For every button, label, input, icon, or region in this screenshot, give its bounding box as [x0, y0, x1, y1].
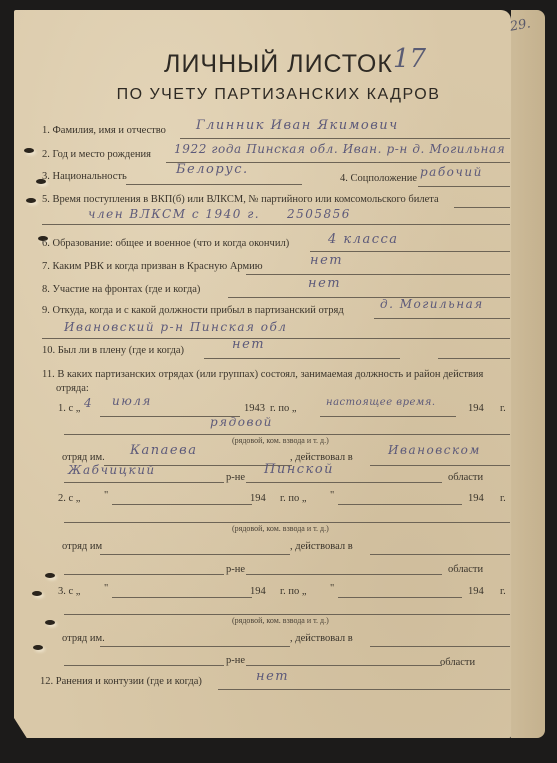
unit-2-position-line: [64, 522, 510, 523]
unit-3-region-line: [246, 665, 442, 666]
field-5-label: 5. Время поступления в ВКП(б) или ВЛКСМ,…: [42, 194, 439, 205]
unit-3-otryad-label: отряд им.: [62, 633, 105, 644]
field-10-label: 10. Был ли в плену (где и когда): [42, 345, 184, 356]
field-2-label: 2. Год и место рождения: [42, 149, 151, 160]
field-11-label: 11. В каких партизанских отрядах (или гр…: [42, 369, 483, 380]
binding-hole-icon: [45, 573, 55, 578]
unit-2-to-year: 194: [468, 493, 484, 504]
unit-1-num: 1. с „: [58, 403, 80, 414]
unit-2-district-line: [64, 574, 224, 575]
field-9-line-b: [42, 338, 510, 339]
unit-1-from-month: июля: [112, 394, 152, 408]
field-3-label: 3. Национальность: [42, 171, 127, 182]
unit-2-num: 2. с „: [58, 493, 80, 504]
unit-2-from-line: [112, 504, 252, 505]
unit-1-acted-value: Ивановском: [388, 443, 481, 457]
unit-1-oblast-label: области: [448, 472, 483, 483]
unit-1-district-value: Жабчицкий: [68, 463, 156, 477]
field-10-line-a: [204, 358, 400, 359]
unit-3-year-suffix: г. по „: [280, 586, 307, 597]
unit-3-acted-line: [370, 646, 510, 647]
binding-hole-icon: [45, 620, 55, 625]
field-12-label: 12. Ранения и контузии (где и когда): [40, 676, 202, 687]
unit-3-otryad-line: [100, 646, 290, 647]
field-3-line: [126, 184, 302, 185]
field-12-value: нет: [256, 669, 289, 684]
field-7-label: 7. Каким РВК и когда призван в Красную А…: [42, 261, 263, 272]
unit-1-acted-line: [370, 465, 510, 466]
field-9-district: Ивановский р-н Пинская обл: [64, 320, 287, 334]
binding-hole-icon: [26, 198, 36, 203]
unit-3-acted-label: , действовал в: [290, 633, 353, 644]
field-3-value: Белорус.: [176, 162, 249, 177]
unit-2-oblast-label: области: [448, 564, 483, 575]
unit-2-g: г.: [500, 493, 506, 504]
unit-2-acted-line: [370, 554, 510, 555]
unit-2-quote: ": [104, 490, 108, 501]
field-1-value: Глинник Иван Якимович: [196, 118, 399, 133]
unit-2-acted-label: , действовал в: [290, 541, 353, 552]
field-5-line-a: [454, 207, 510, 208]
unit-1-from-year: 1943: [244, 403, 265, 414]
unit-1-g: г.: [500, 403, 506, 414]
unit-2-region-line: [246, 574, 442, 575]
unit-1-position: рядовой: [210, 415, 273, 429]
unit-3-position-hint: (рядовой, ком. взвода и т. д.): [232, 616, 329, 625]
binding-hole-icon: [32, 591, 42, 596]
field-4-value: рабочий: [420, 165, 483, 179]
unit-3-from-line: [112, 597, 252, 598]
unit-3-rne-label: р-не: [226, 655, 245, 666]
unit-2-rne-label: р-не: [226, 564, 245, 575]
unit-1-region-value: Пинской: [264, 462, 334, 477]
field-9-village: д. Могильная: [380, 297, 484, 311]
unit-3-position-line: [64, 614, 510, 615]
unit-1-rne-label: р-не: [226, 472, 245, 483]
unit-3-to-line: [338, 597, 462, 598]
unit-3-num: 3. с „: [58, 586, 80, 597]
unit-1-position-hint: (рядовой, ком. взвода и т. д.): [232, 436, 329, 445]
unit-1-to-year: 194: [468, 403, 484, 414]
unit-2-position-hint: (рядовой, ком. взвода и т. д.): [232, 524, 329, 533]
unit-3-oblast-label: области: [440, 657, 475, 668]
field-5-card-number: 2505856: [287, 207, 351, 221]
unit-1-otryad-value: Капаева: [130, 443, 197, 458]
unit-1-region-line: [246, 482, 442, 483]
unit-1-district-line: [64, 482, 224, 483]
field-8-label: 8. Участие на фронтах (где и когда): [42, 284, 200, 295]
field-9-label: 9. Откуда, когда и с какой должности при…: [42, 305, 344, 316]
field-12-line: [218, 689, 510, 690]
document-title: ЛИЧНЫЙ ЛИСТОК: [0, 50, 557, 79]
field-8-value: нет: [308, 276, 341, 291]
field-2-value: 1922 года Пинская обл. Иван. р-н д. Моги…: [174, 142, 505, 156]
field-7-value: нет: [310, 253, 343, 268]
unit-3-from-year: 194: [250, 586, 266, 597]
unit-2-quote-2: ": [330, 490, 334, 501]
unit-2-year-suffix: г. по „: [280, 493, 307, 504]
unit-1-year-suffix: г. по „: [270, 403, 297, 414]
binding-hole-icon: [24, 148, 34, 153]
unit-3-g: г.: [500, 586, 506, 597]
field-4-label: 4. Соцположение: [340, 173, 417, 184]
field-11-label-cont: отряда:: [56, 383, 89, 394]
unit-2-otryad-label: отряд им: [62, 541, 102, 552]
unit-3-quote-2: ": [330, 583, 334, 594]
unit-3-to-year: 194: [468, 586, 484, 597]
handwritten-sheet-number: 17: [393, 44, 426, 74]
field-1-label: 1. Фамилия, имя и отчество: [42, 125, 166, 136]
unit-2-otryad-line: [100, 554, 290, 555]
unit-1-to-value: настоящее время.: [326, 397, 436, 408]
document-subtitle: ПО УЧЕТУ ПАРТИЗАНСКИХ КАДРОВ: [0, 86, 557, 104]
field-6-line: [310, 251, 510, 252]
field-10-line-b: [438, 358, 510, 359]
unit-1-from-day: 4: [84, 396, 93, 410]
unit-3-district-line: [64, 665, 224, 666]
field-7-line: [246, 274, 510, 275]
field-6-label: 6. Образование: общее и военное (что и к…: [42, 238, 289, 249]
unit-1-otryad-label: отряд им.: [62, 452, 105, 463]
field-6-value: 4 класса: [328, 232, 399, 247]
unit-3-quote: ": [104, 583, 108, 594]
field-5-line-b: [42, 224, 510, 225]
field-9-line-a: [374, 318, 510, 319]
field-5-membership: член ВЛКСМ с 1940 г.: [88, 207, 260, 221]
paper-edge: [511, 10, 545, 738]
field-4-line: [418, 186, 510, 187]
unit-2-from-year: 194: [250, 493, 266, 504]
binding-hole-icon: [33, 645, 43, 650]
field-10-value: нет: [232, 337, 265, 352]
unit-1-to-line: [320, 416, 456, 417]
field-1-line: [180, 138, 510, 139]
unit-2-to-line: [338, 504, 462, 505]
unit-1-position-line: [64, 434, 510, 435]
